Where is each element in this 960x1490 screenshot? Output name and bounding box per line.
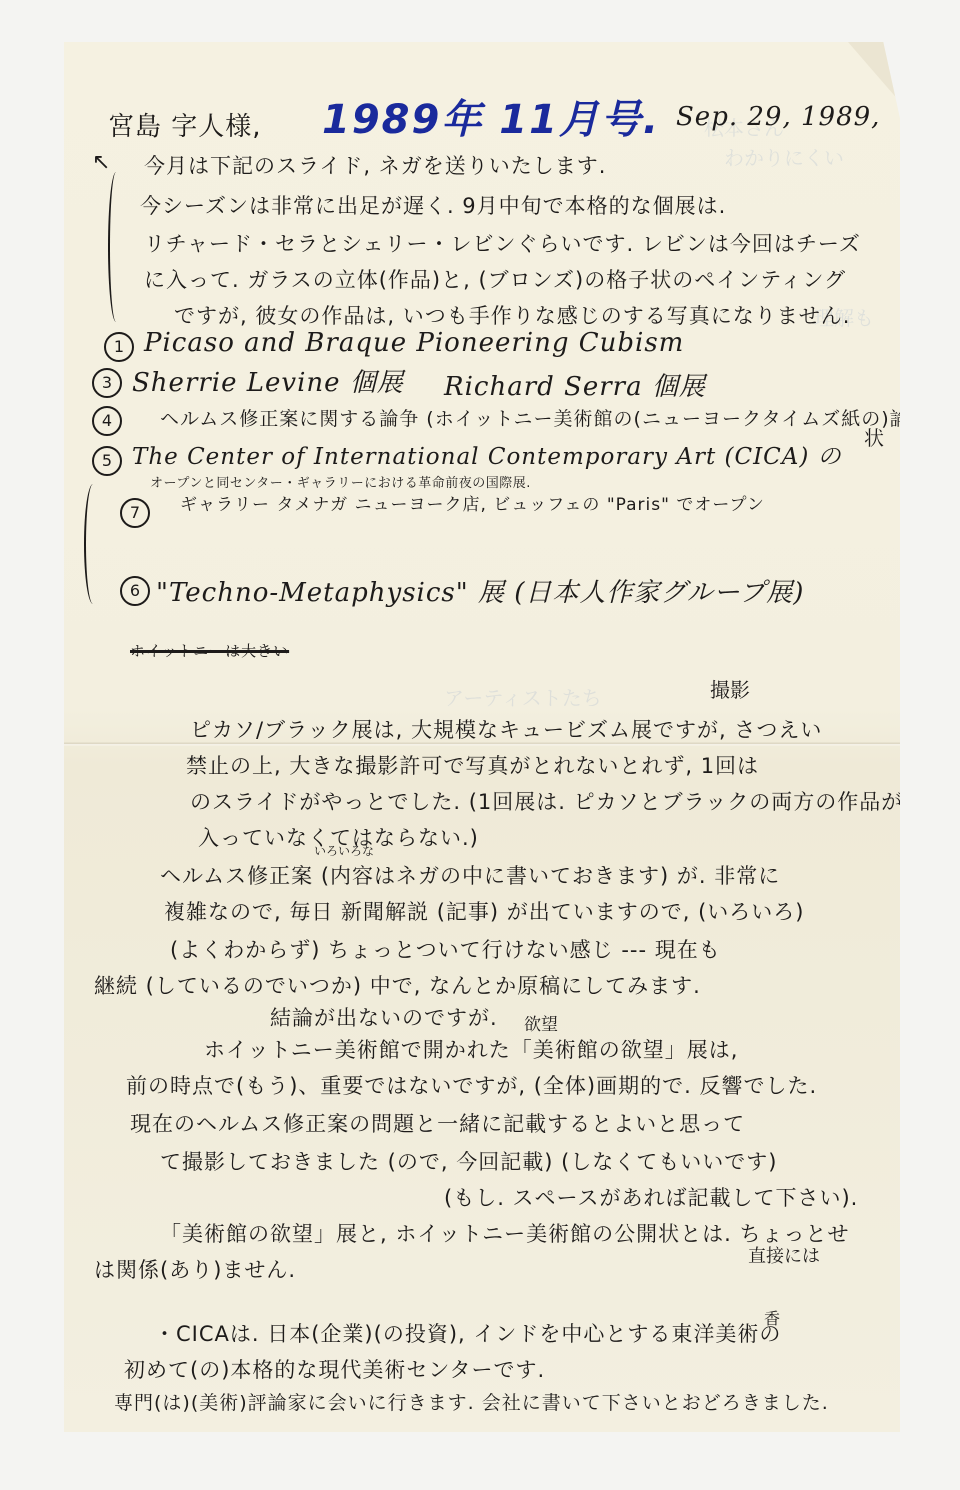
bleed-through-text: Techno-Metaphysics: [913, 283, 937, 485]
whitney-line: (もし. スペースがあれば記載して下さい).: [444, 1182, 858, 1212]
item-picasso-braque: Picaso and Braque Pioneering Cubism: [144, 328, 684, 358]
intro-line: 今月は下記のスライド, ネガを送りいたします.: [144, 150, 606, 180]
bleed-through-text: わかりにくい: [724, 142, 844, 171]
item-richard-serra: Richard Serra 個展: [444, 366, 706, 403]
annotation-satsuei: 撮影: [710, 674, 750, 703]
helms-line: 結論が出ないのですが.: [270, 1002, 498, 1032]
item-number: 7: [120, 498, 150, 528]
item-helms-amendment: ヘルムス修正案に関する論争 (ホイットニー美術館の(ニューヨークタイムズ紙の)論…: [160, 404, 960, 431]
whitney-line: て撮影しておきました (ので, 今回記載) (しなくてもいいです): [160, 1146, 777, 1176]
salutation: 宮島 字人様,: [108, 106, 262, 143]
body-line: のスライドがやっとでした. (1回展は. ピカソとブラックの両方の作品が: [190, 786, 903, 816]
item-number: 4: [92, 406, 122, 436]
side-note: 状: [864, 422, 884, 451]
item-number: 5: [92, 446, 122, 476]
item-number: 3: [92, 368, 122, 398]
intro-line: 今シーズンは非常に出足が遅く. 9月中旬で本格的な個展は.: [140, 190, 726, 220]
intro-line: リチャード・セラとシェリー・レビンぐらいです. レビンは今回はチーズ: [144, 228, 861, 258]
struck-text: ホイットニーは大きい: [130, 640, 289, 661]
annotation-yokubou: 欲望: [524, 1010, 558, 1035]
helms-line: ヘルムス修正案 (内容はネガの中に書いておきます) が. 非常に: [160, 860, 780, 890]
annotation: いろいろな: [314, 842, 374, 859]
folded-corner: [848, 42, 900, 102]
item-sherrie-levine: Sherrie Levine 個展: [132, 362, 404, 399]
item-number: 1: [104, 332, 134, 362]
whitney-line: 現在のヘルムス修正案の問題と一緒に記載するとよいと思って: [130, 1108, 745, 1138]
item-number: 6: [120, 576, 150, 606]
helms-line: 継続 (しているのでいつか) 中で, なんとか原稿にしてみます.: [94, 970, 701, 1000]
body-line: 禁止の上, 大きな撮影許可で写真がとれないとれず, 1回は: [186, 750, 759, 780]
helms-line: 複雑なので, 毎日 新聞解説 (記事) が出ていますので, (いろいろ): [164, 896, 805, 926]
whitney-line: ホイットニー美術館で開かれた「美術館の欲望」展は,: [204, 1034, 738, 1064]
left-bracket: [84, 484, 102, 604]
letter-paper: 松本さん わかりにくい Techno-Metaphysics 理解も アーティス…: [64, 42, 900, 1432]
issue-stamp: 1989年 11月号.: [322, 88, 660, 145]
bleed-through-text: アーティストたち: [444, 682, 602, 711]
annotation-chokusetsu: 直接には: [748, 1242, 820, 1268]
letter-date: Sep. 29, 1989,: [676, 102, 880, 132]
intro-line: に入って. ガラスの立体(作品)と, (ブロンズ)の格子状のペインティング: [144, 264, 846, 294]
cica-line: ・CICAは. 日本(企業)(の投資), インドを中心とする東洋美術の: [154, 1318, 781, 1348]
whitney-line: は関係(あり)ません.: [94, 1254, 296, 1284]
body-line: ピカソ/ブラック展は, 大規模なキュービズム展ですが, さつえい: [190, 714, 822, 744]
left-bracket: [108, 172, 124, 322]
whitney-line: 前の時点で(もう)、重要ではないですが, (全体)画期的で. 反響でした.: [126, 1070, 817, 1100]
arrow-up-icon: ↖: [92, 150, 110, 175]
item-cica: The Center of International Contemporary…: [132, 438, 842, 471]
helms-line: (よくわからず) ちょっとついて行けない感じ --- 現在も: [170, 934, 721, 964]
cica-line: 専門(は)(美術)評論家に会いに行きます. 会社に書いて下さいとおどろきました.: [114, 1388, 829, 1415]
item-cica-sub: オープンと同センター・ギャラリーにおける革命前夜の国際展.: [150, 472, 531, 491]
item-techno-metaphysics: "Techno-Metaphysics" 展 (日本人作家グループ展): [156, 572, 804, 609]
cica-line: 初めて(の)本格的な現代美術センターです.: [124, 1354, 545, 1384]
intro-line: ですが, 彼女の作品は, いつも手作りな感じのする写真になりません.: [174, 300, 850, 330]
whitney-line: 「美術館の欲望」展と, ホイットニー美術館の公開状とは. ちょっとせ: [160, 1218, 849, 1248]
item-tamenaga: ギャラリー タメナガ ニューヨーク店, ビュッフェの "Paris" でオープン: [180, 490, 765, 515]
